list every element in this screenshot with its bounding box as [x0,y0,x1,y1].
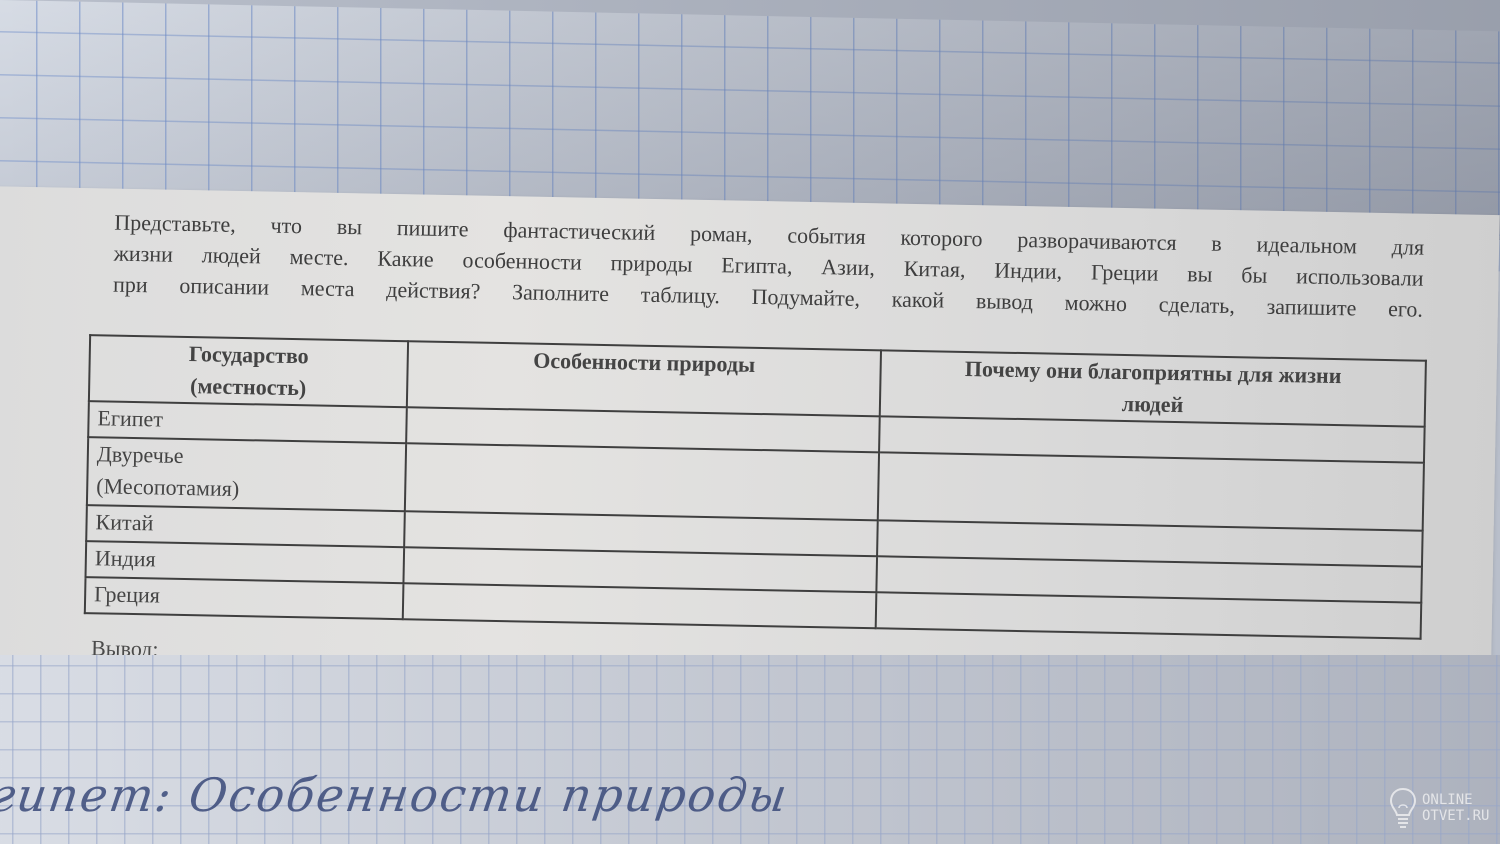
cell-why[interactable] [878,452,1424,530]
task-instructions: Представьте, что вы пишите фантастически… [113,207,1425,325]
cell-state-line2: (Месопотамия) [96,470,397,508]
cell-state: Египет [88,401,407,443]
lightbulb-icon [1388,786,1418,830]
cell-state: Двуречье (Месопотамия) [87,437,406,511]
nature-table: Государство (местность) Особенности прир… [84,334,1427,640]
cell-state: Индия [86,541,405,583]
header-state-line2: (местность) [98,368,399,406]
cell-nature[interactable] [405,443,879,520]
header-state: Государство (местность) [89,335,408,407]
header-why: Почему они благоприятны для жизни людей [880,350,1426,426]
watermark-line2: OTVET.RU [1422,808,1489,824]
cell-state: Китай [86,505,405,547]
handwritten-answer: гипет: Особенности природы [0,768,792,822]
watermark: ONLINE OTVET.RU [1388,786,1489,830]
watermark-text: ONLINE OTVET.RU [1422,792,1489,824]
cell-nature[interactable] [403,583,877,628]
worksheet: Представьте, что вы пишите фантастически… [0,186,1500,693]
watermark-line1: ONLINE [1422,792,1489,808]
cell-state: Греция [85,577,404,619]
header-nature: Особенности природы [407,341,881,416]
